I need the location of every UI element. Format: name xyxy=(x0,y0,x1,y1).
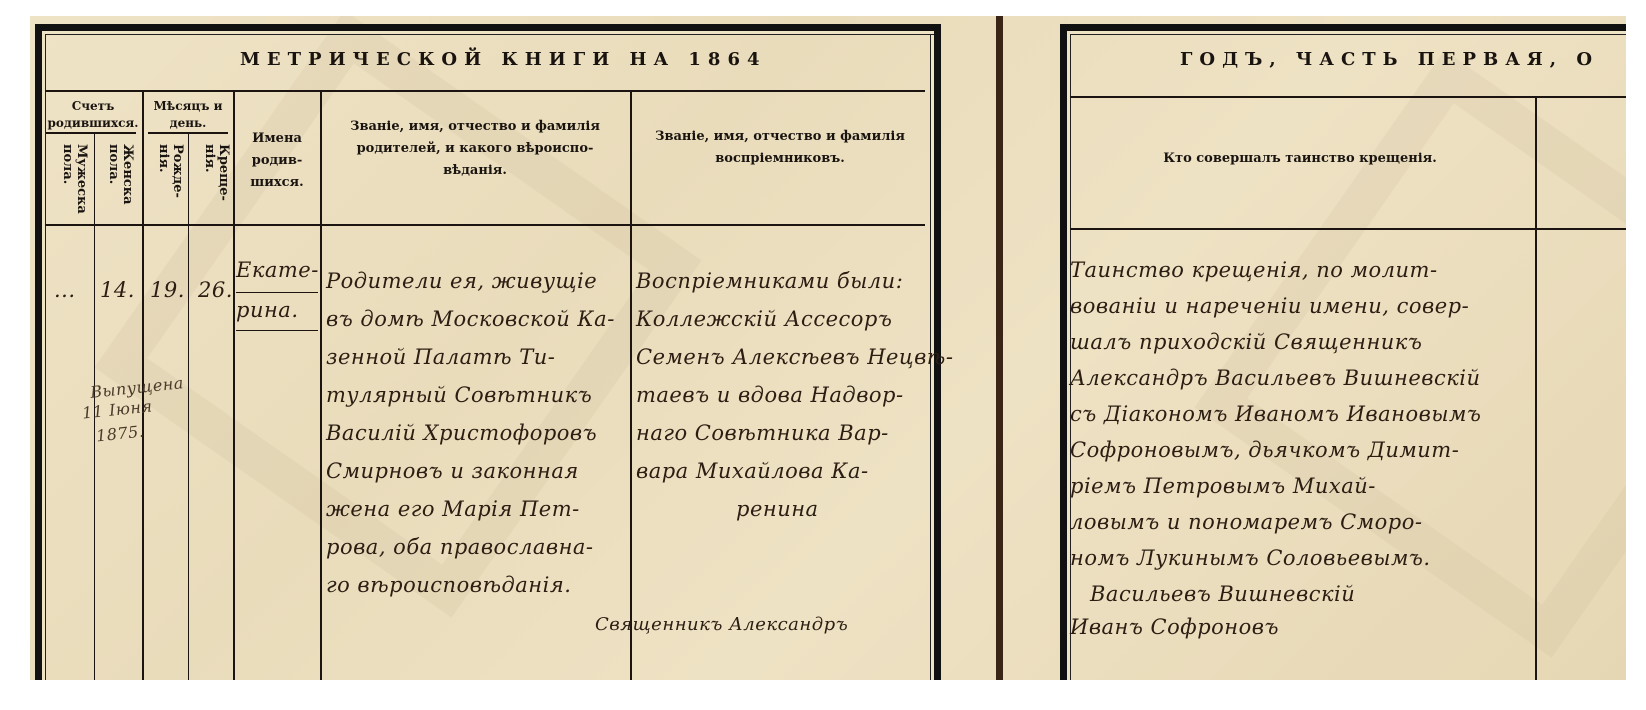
officiant-line: шалъ приходскій Священникъ xyxy=(1070,324,1481,360)
entry-officiant: Таинство крещенія, по молит- вованіи и н… xyxy=(1070,252,1481,642)
signature-fragment: Священникъ Александръ xyxy=(595,614,848,635)
parents-line: тулярный Совѣтникъ xyxy=(326,376,615,414)
entry-baptism-day: 26. xyxy=(198,278,233,302)
entry-name-line: Екате- xyxy=(236,258,319,282)
header-count-group: Счетъ родившихся. xyxy=(46,98,140,132)
parents-line: рова, оба православна- xyxy=(326,528,615,566)
entry-male-count: ... xyxy=(54,278,76,302)
parents-line: Смирновъ и законная xyxy=(326,452,615,490)
header-bottom xyxy=(1070,228,1626,230)
godparents-line: наго Совѣтника Вар- xyxy=(636,414,953,452)
entry-parents: Родители ея, живущіе въ домѣ Московской … xyxy=(326,262,615,604)
page-title-left: МЕТРИЧЕСКОЙ КНИГИ НА 1864 xyxy=(240,49,767,70)
header-parents: Званіе, имя, отчество и фамилія родителе… xyxy=(330,116,620,182)
header-date-group: Мѣсяцъ и день. xyxy=(146,98,230,132)
header-male: Мужеска пола. xyxy=(54,144,88,228)
name-underline xyxy=(236,292,318,293)
godparents-line: Семенъ Алексѣевъ Нецвѣ- xyxy=(636,338,953,376)
officiant-line: вованіи и нареченіи имени, совер- xyxy=(1070,288,1481,324)
parents-line: го вѣроисповѣданія. xyxy=(326,566,615,604)
col-divider xyxy=(188,132,189,680)
parents-line: Василій Христофоровъ xyxy=(326,414,615,452)
header-bottom xyxy=(45,224,925,226)
godparents-line: вара Михайлова Ка- xyxy=(636,452,953,490)
officiant-line: номъ Лукинымъ Соловьевымъ. xyxy=(1070,540,1481,576)
parents-line: зенной Палатѣ Ти- xyxy=(326,338,615,376)
col-divider xyxy=(233,90,235,680)
name-underline xyxy=(236,330,318,331)
col-divider xyxy=(1535,96,1537,680)
header-godparents: Званіе, имя, отчество и фамилія воспріем… xyxy=(640,126,920,170)
right-page: ГОДЪ, ЧАСТЬ ПЕРВАЯ, О Кто совершалъ таин… xyxy=(1030,16,1626,680)
col-divider xyxy=(630,90,632,680)
header-officiant: Кто совершалъ таинство крещенія. xyxy=(1070,148,1530,170)
godparents-line: ренина xyxy=(636,490,953,528)
title-divider xyxy=(45,90,925,92)
officiant-signature: Иванъ Софроновъ xyxy=(1070,612,1481,642)
subheader-divider xyxy=(46,132,136,134)
parents-line: Родители ея, живущіе xyxy=(326,262,615,300)
header-names: Имена родив- шихся. xyxy=(242,128,312,194)
parents-line: въ домѣ Московской Ка- xyxy=(326,300,615,338)
entry-birth-day: 19. xyxy=(150,278,185,302)
parents-line: жена его Марія Пет- xyxy=(326,490,615,528)
godparents-line: Коллежскій Ассесоръ xyxy=(636,300,953,338)
godparents-line: Воспріемниками были: xyxy=(636,262,953,300)
officiant-line: Таинство крещенія, по молит- xyxy=(1070,252,1481,288)
header-female: Женска пола. xyxy=(100,144,134,228)
entry-godparents: Воспріемниками были: Коллежскій Ассесоръ… xyxy=(636,262,953,528)
officiant-signature: Васильевъ Вишневскій xyxy=(1070,576,1481,612)
entry-name-line: рина. xyxy=(236,298,299,322)
godparents-line: таевъ и вдова Надвор- xyxy=(636,376,953,414)
entry-female-count: 14. xyxy=(100,278,135,302)
officiant-line: ріемъ Петровымъ Михай- xyxy=(1070,468,1481,504)
header-birth: Рожде- нія. xyxy=(150,144,184,214)
officiant-line: Софроновымъ, дьячкомъ Димит- xyxy=(1070,432,1481,468)
header-baptism: Креще- нія. xyxy=(196,144,230,214)
page-title-right: ГОДЪ, ЧАСТЬ ПЕРВАЯ, О xyxy=(1180,49,1599,70)
document-scan: МЕТРИЧЕСКОЙ КНИГИ НА 1864 Счетъ родивших… xyxy=(30,16,1626,680)
left-page: МЕТРИЧЕСКОЙ КНИГИ НА 1864 Счетъ родивших… xyxy=(30,16,988,680)
officiant-line: Александръ Васильевъ Вишневскій xyxy=(1070,360,1481,396)
officiant-line: ловымъ и пономаремъ Сморо- xyxy=(1070,504,1481,540)
col-divider xyxy=(320,90,322,680)
book-spine xyxy=(996,16,1003,680)
title-divider xyxy=(1070,96,1626,98)
officiant-line: съ Діакономъ Иваномъ Ивановымъ xyxy=(1070,396,1481,432)
